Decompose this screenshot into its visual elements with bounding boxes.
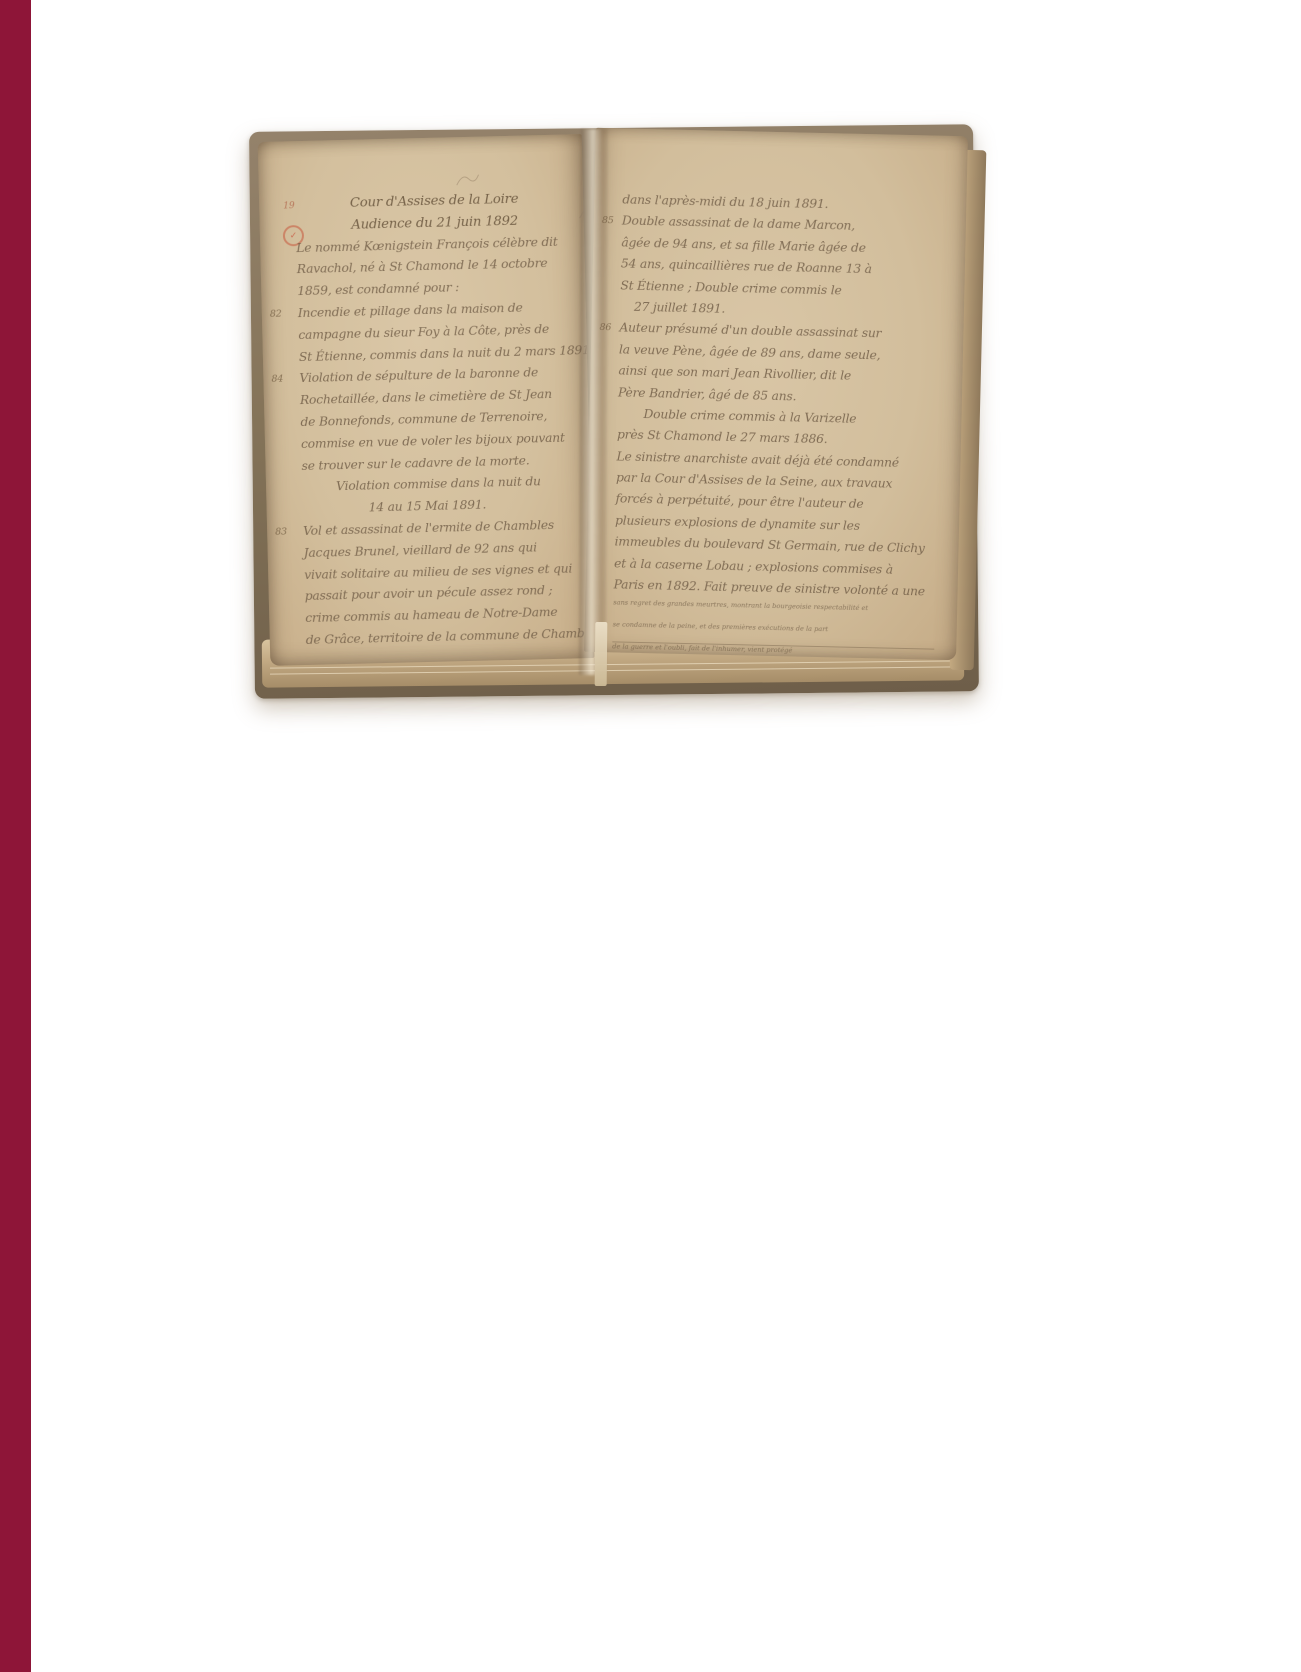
book-gutter	[579, 129, 608, 675]
insertion-mark	[454, 171, 480, 190]
corner-mark: 19	[283, 201, 295, 211]
entry-number: 82	[270, 308, 282, 319]
left-page: 19 ✓ Cour d'Assises de la Loire Audience…	[258, 134, 595, 666]
crimson-edge-bar	[0, 0, 31, 1672]
catalog-page: { "palette":{ "edge_bar":"#8e1538", "pap…	[0, 0, 1301, 1672]
entry-number: 83	[275, 526, 287, 537]
right-page-text: dans l'après-midi du 18 juin 1891. 85Dou…	[611, 192, 945, 660]
register-photo: 19 ✓ Cour d'Assises de la Loire Audience…	[250, 124, 982, 710]
bookmark-ribbon	[595, 622, 608, 686]
entry-number: 84	[271, 374, 283, 385]
left-page-text: Cour d'Assises de la Loire Audience du 2…	[295, 190, 584, 654]
right-page: dans l'après-midi du 18 juin 1891. 85Dou…	[584, 128, 968, 660]
